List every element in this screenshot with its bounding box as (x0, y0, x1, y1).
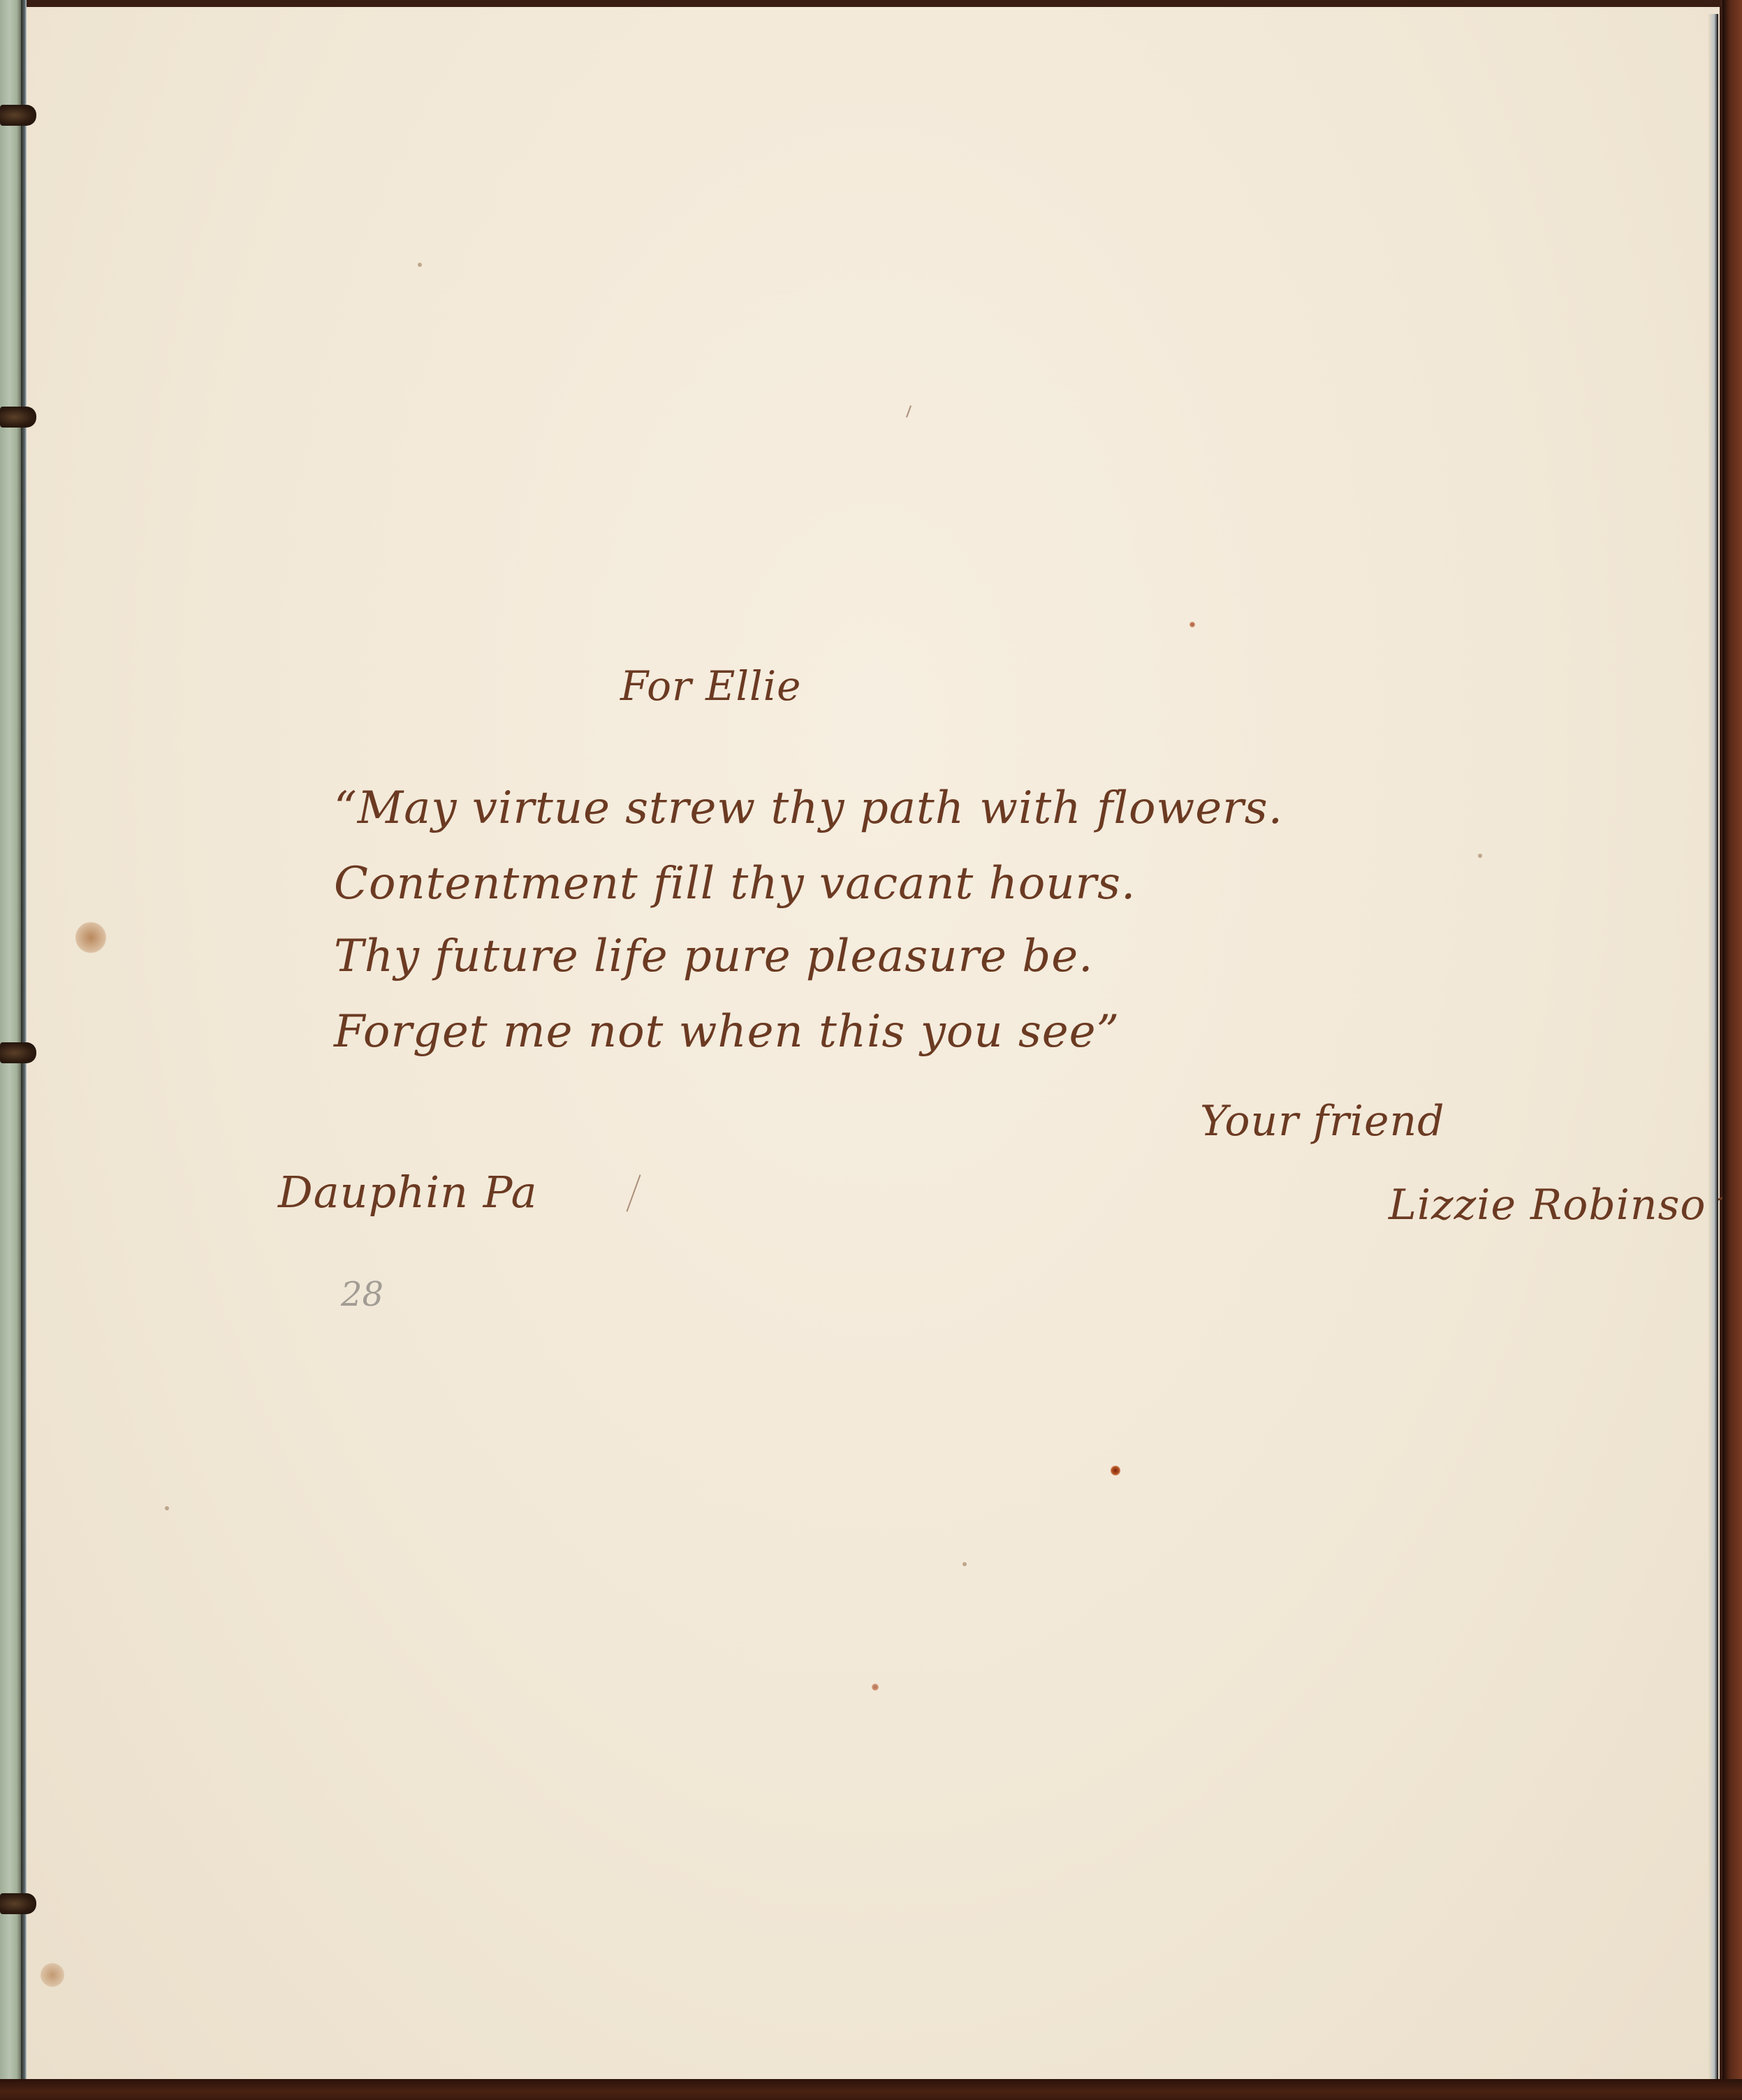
album-page: For Ellie “May virtue strew thy path wit… (27, 7, 1720, 2079)
stain-spot (75, 922, 106, 953)
pen-mark (906, 405, 912, 418)
stain-spot (41, 1963, 64, 1987)
paper-fleck (1478, 854, 1482, 858)
page-edge (1708, 14, 1718, 2082)
verse-line-1: “May virtue strew thy path with flowers. (334, 782, 1283, 834)
album-cover-bottom (0, 2079, 1742, 2100)
paper-fleck (418, 263, 422, 267)
binding-clip (0, 1893, 36, 1914)
pencil-page-number: 28 (341, 1275, 383, 1314)
paper-fleck (963, 1562, 967, 1566)
verse-line-2: Contentment fill thy vacant hours. (334, 858, 1136, 910)
entry-title: For Ellie (620, 662, 801, 710)
place-name: Dauphin Pa (278, 1167, 538, 1218)
pen-mark (626, 1174, 641, 1211)
signature: Lizzie Robinson (1389, 1181, 1734, 1230)
album-cover-right (1722, 0, 1742, 2100)
paper-fleck (165, 1506, 169, 1510)
ink-speck (1190, 622, 1195, 627)
verse-line-3: Thy future life pure pleasure be. (334, 931, 1093, 982)
verse-line-4: Forget me not when this you see” (334, 1006, 1120, 1058)
ink-speck (872, 1684, 879, 1691)
binding-clip (0, 105, 36, 126)
binding-clip (0, 1042, 36, 1063)
closing-salutation: Your friend (1200, 1097, 1445, 1146)
ink-speck (1111, 1466, 1120, 1475)
binding-clip (0, 407, 36, 428)
